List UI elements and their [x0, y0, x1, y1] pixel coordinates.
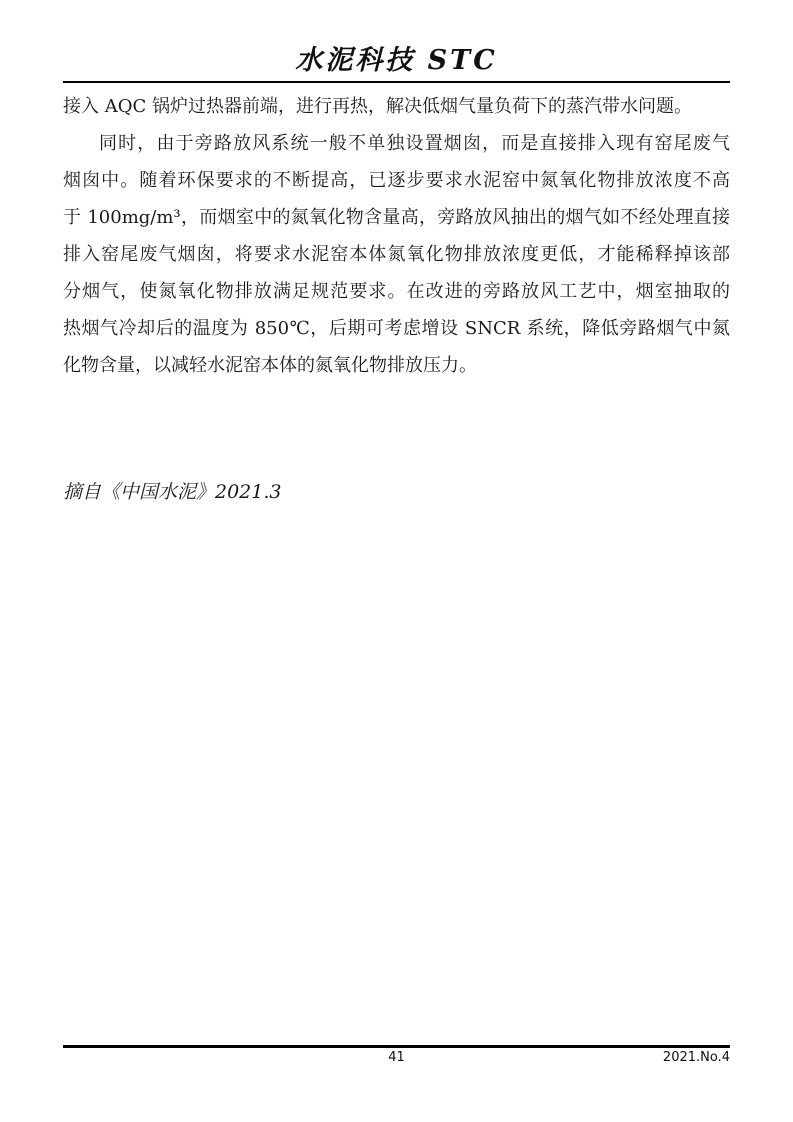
body-line: 同时，由于旁路放风系统一般不单独设置烟囱，而是直接排入现有窑尾废气	[63, 125, 730, 162]
body-line: 接入 AQC 锅炉过热器前端，进行再热，解决低烟气量负荷下的蒸汽带水问题。	[63, 88, 730, 125]
footer-row: 41 2021.No.4	[63, 1050, 730, 1070]
page-content: 水泥科技 STC 接入 AQC 锅炉过热器前端，进行再热，解决低烟气量负荷下的蒸…	[0, 44, 793, 505]
body-line: 分烟气，使氮氧化物排放满足规范要求。在改进的旁路放风工艺中，烟室抽取的	[63, 273, 730, 310]
body-line: 热烟气冷却后的温度为 850℃，后期可考虑增设 SNCR 系统，降低旁路烟气中氮…	[63, 310, 730, 347]
body-line: 烟囱中。随着环保要求的不断提高，已逐步要求水泥窑中氮氧化物排放浓度不高	[63, 162, 730, 199]
source-attribution: 摘自《中国水泥》2021.3	[63, 479, 730, 505]
body-line: 化物含量，以减轻水泥窑本体的氮氧化物排放压力。	[63, 347, 730, 384]
page-footer: 41 2021.No.4	[63, 1045, 730, 1070]
header-rule	[63, 81, 730, 83]
document-page: 水泥科技 STC 接入 AQC 锅炉过热器前端，进行再热，解决低烟气量负荷下的蒸…	[0, 0, 793, 1122]
journal-title: 水泥科技 STC	[63, 44, 730, 78]
body-line: 排入窑尾废气烟囱，将要求水泥窑本体氮氧化物排放浓度更低，才能稀释掉该部	[63, 236, 730, 273]
article-body: 接入 AQC 锅炉过热器前端，进行再热，解决低烟气量负荷下的蒸汽带水问题。 同时…	[63, 88, 730, 384]
body-line: 于 100mg/m³，而烟室中的氮氧化物含量高，旁路放风抽出的烟气如不经处理直接	[63, 199, 730, 236]
issue-number: 2021.No.4	[663, 1050, 730, 1065]
page-number: 41	[63, 1050, 730, 1065]
footer-rule	[63, 1045, 730, 1048]
